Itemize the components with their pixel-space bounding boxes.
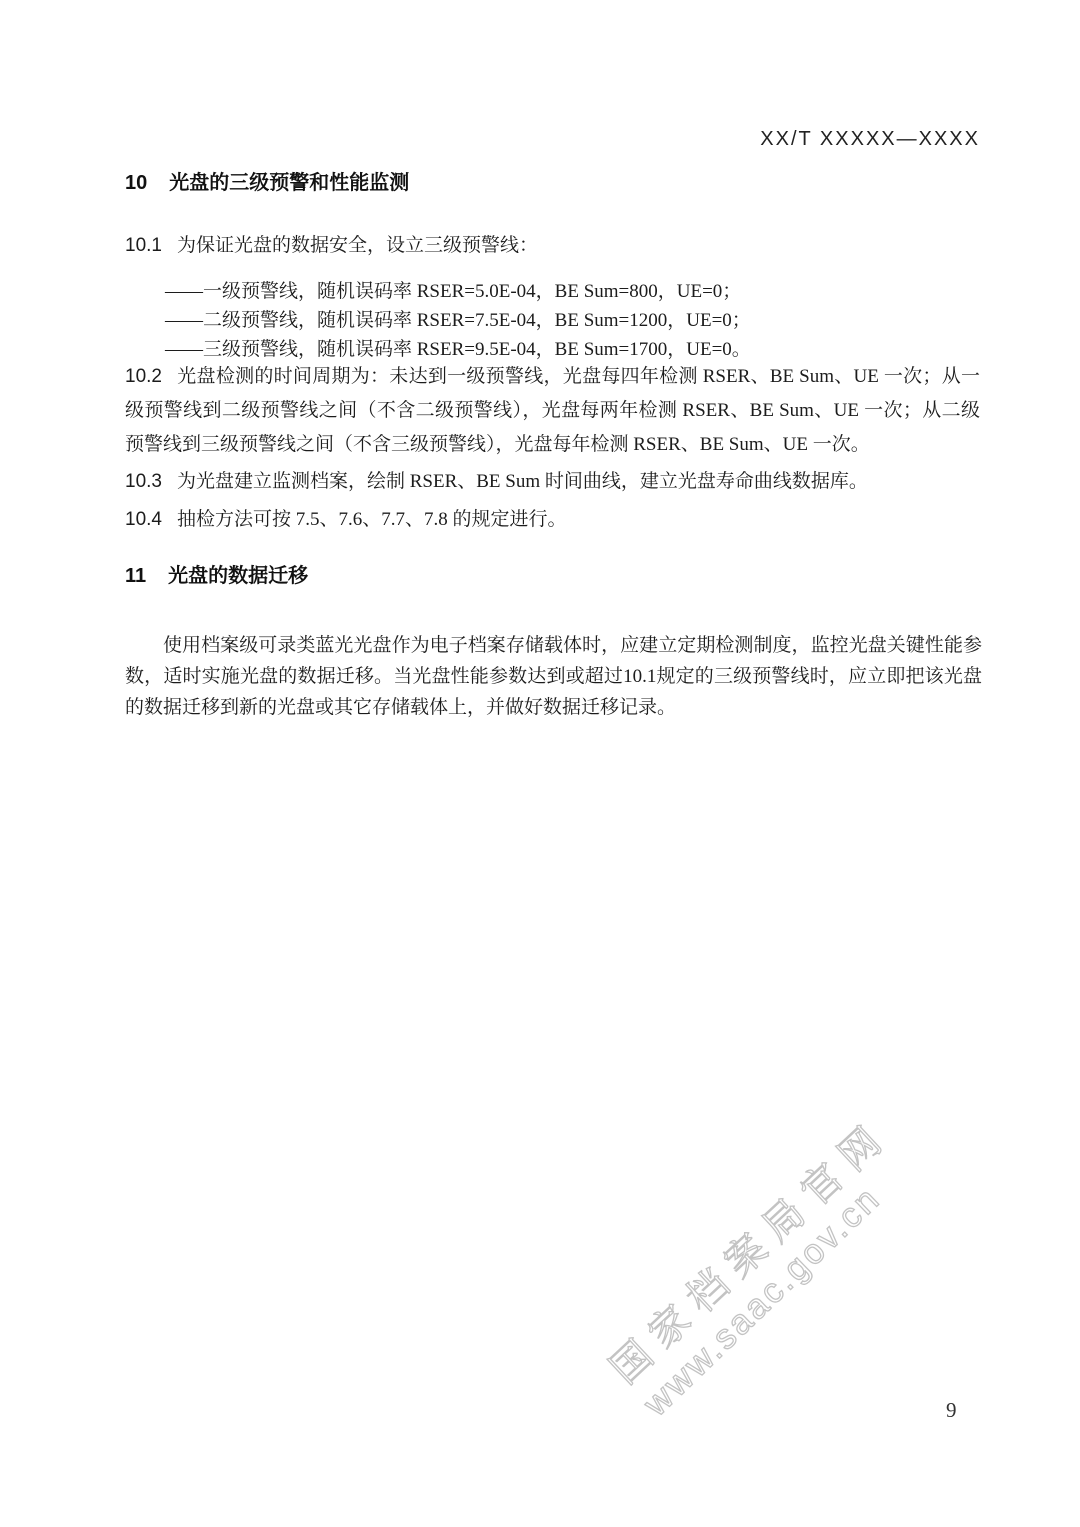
clause-10-3-number: 10.3 [125, 471, 162, 492]
warning-level-list: ——一级预警线，随机误码率 RSER=5.0E-04，BE Sum=800，UE… [165, 277, 980, 364]
page-number: 9 [946, 1398, 957, 1423]
clause-10-4: 10.4抽检方法可按 7.5、7.6、7.7、7.8 的规定进行。 [125, 503, 980, 537]
section-11-paragraph: 使用档案级可录类蓝光光盘作为电子档案存储载体时，应建立定期检测制度，监控光盘关键… [125, 630, 982, 723]
clause-10-1: 10.1为保证光盘的数据安全，设立三级预警线： [125, 229, 980, 263]
clause-10-2: 10.2光盘检测的时间周期为：未达到一级预警线，光盘每四年检测 RSER、BE … [125, 360, 980, 462]
clause-10-1-number: 10.1 [125, 235, 162, 256]
document-page: XX/T XXXXX—XXXX 10光盘的三级预警和性能监测 10.1为保证光盘… [0, 0, 1080, 1527]
warning-level-2: ——二级预警线，随机误码率 RSER=7.5E-04，BE Sum=1200，U… [165, 306, 980, 335]
warning-level-1: ——一级预警线，随机误码率 RSER=5.0E-04，BE Sum=800，UE… [165, 277, 980, 306]
section-11-number: 11 [125, 565, 146, 587]
section-11-title: 光盘的数据迁移 [168, 565, 308, 587]
standard-code-header: XX/T XXXXX—XXXX [760, 128, 980, 151]
clause-10-4-number: 10.4 [125, 509, 162, 530]
clause-10-2-number: 10.2 [125, 366, 162, 387]
section-11-heading: 11光盘的数据迁移 [125, 563, 980, 589]
clause-10-3: 10.3为光盘建立监测档案，绘制 RSER、BE Sum 时间曲线，建立光盘寿命… [125, 465, 980, 499]
clause-10-4-text: 抽检方法可按 7.5、7.6、7.7、7.8 的规定进行。 [177, 509, 567, 530]
watermark-url-text: www.saac.gov.cn [636, 1178, 889, 1424]
clause-10-3-text: 为光盘建立监测档案，绘制 RSER、BE Sum 时间曲线，建立光盘寿命曲线数据… [177, 471, 868, 492]
section-10-title: 光盘的三级预警和性能监测 [169, 172, 409, 194]
clause-10-1-text: 为保证光盘的数据安全，设立三级预警线： [177, 235, 538, 256]
watermark-agency-text: 国家档案局官网 [596, 1104, 901, 1394]
clause-10-2-text: 光盘检测的时间周期为：未达到一级预警线，光盘每四年检测 RSER、BE Sum、… [125, 366, 980, 455]
section-10-number: 10 [125, 172, 147, 194]
section-10-heading: 10光盘的三级预警和性能监测 [125, 170, 980, 196]
